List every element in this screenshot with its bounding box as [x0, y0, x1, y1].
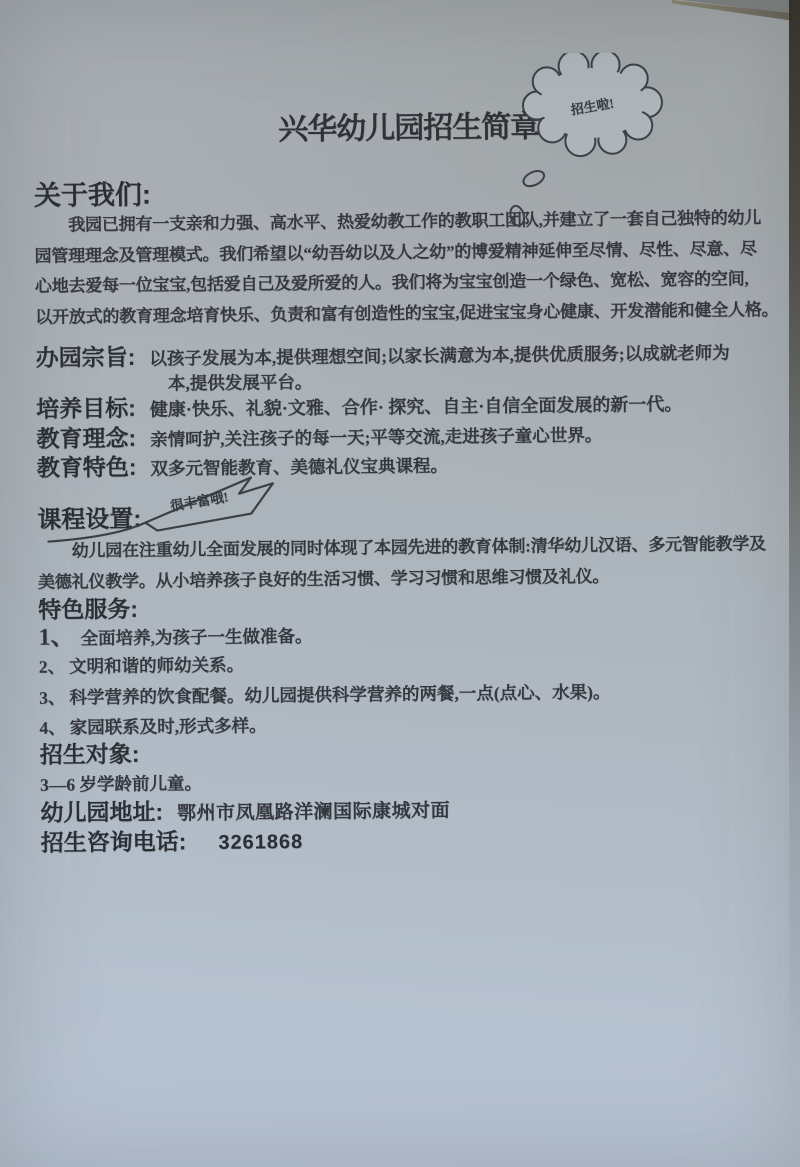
- curriculum-paragraph: 幼儿园在注重幼儿全面发展的同时体现了本园先进的教育体制:清华幼儿汉语、多元智能教…: [37, 529, 778, 598]
- address-text: 鄂州市凤凰路洋澜国际康城对面: [177, 795, 450, 825]
- page-title: 兴华幼儿园招生简章: [278, 109, 539, 149]
- document-content: 兴华幼儿园招生简章 招生啦! 关于我们: 我园已拥有一支亲和力强、高水平、热爱幼…: [0, 0, 800, 1167]
- mission-text: 以孩子发展为本,提供理想空间;以家长满意为本,提供优质服务;以成就老师为: [149, 340, 730, 372]
- item-text: 文明和谐的师幼关系。: [69, 652, 244, 680]
- item-text: 科学营养的饮食配餐。幼儿园提供科学营养的两餐,一点(点心、水果)。: [69, 679, 610, 711]
- section-heading-phone: 招生咨询电话:: [41, 823, 187, 858]
- phone-number: 3261868: [218, 831, 303, 855]
- section-heading-mission: 办园宗旨:: [35, 339, 135, 373]
- paper-document: 兴华幼儿园招生简章 招生啦! 关于我们: 我园已拥有一支亲和力强、高水平、热爱幼…: [0, 0, 800, 1167]
- about-paragraph: 我园已拥有一支亲和力强、高水平、热爱幼教工作的教职工团队,并建立了一套自己独特的…: [34, 203, 775, 333]
- section-heading-target: 招生对象:: [40, 741, 140, 768]
- cloud-body: [540, 67, 645, 138]
- item-number: 3、: [39, 685, 66, 710]
- section-heading-about: 关于我们:: [34, 180, 151, 211]
- features-text: 双多元智能教育、美德礼仪宝典课程。: [150, 452, 448, 481]
- item-number: 1、: [38, 616, 74, 651]
- service-item-2: 2、 文明和谐的师幼关系。: [39, 652, 245, 680]
- photo-edge-shadow: [789, 0, 800, 1167]
- thought-tail-oval-icon: [521, 168, 546, 189]
- item-number: 2、: [39, 654, 66, 679]
- section-heading-goal: 培养目标:: [36, 390, 136, 424]
- cloud-label: 招生啦!: [570, 95, 615, 117]
- section-heading-address: 幼儿园地址:: [40, 793, 163, 827]
- item-text: 全面培养,为孩子一生做准备。: [80, 623, 312, 652]
- section-heading-curriculum: 课程设置:: [37, 506, 141, 534]
- section-heading-features: 教育特色:: [37, 449, 137, 483]
- service-item-1: 1、 全面培养,为孩子一生做准备。: [38, 614, 312, 652]
- bubble-outline: [145, 477, 274, 530]
- bubble-label: 很丰富哦!: [169, 488, 229, 514]
- service-item-3: 3、 科学营养的饮食配餐。幼儿园提供科学营养的两餐,一点(点心、水果)。: [39, 679, 611, 711]
